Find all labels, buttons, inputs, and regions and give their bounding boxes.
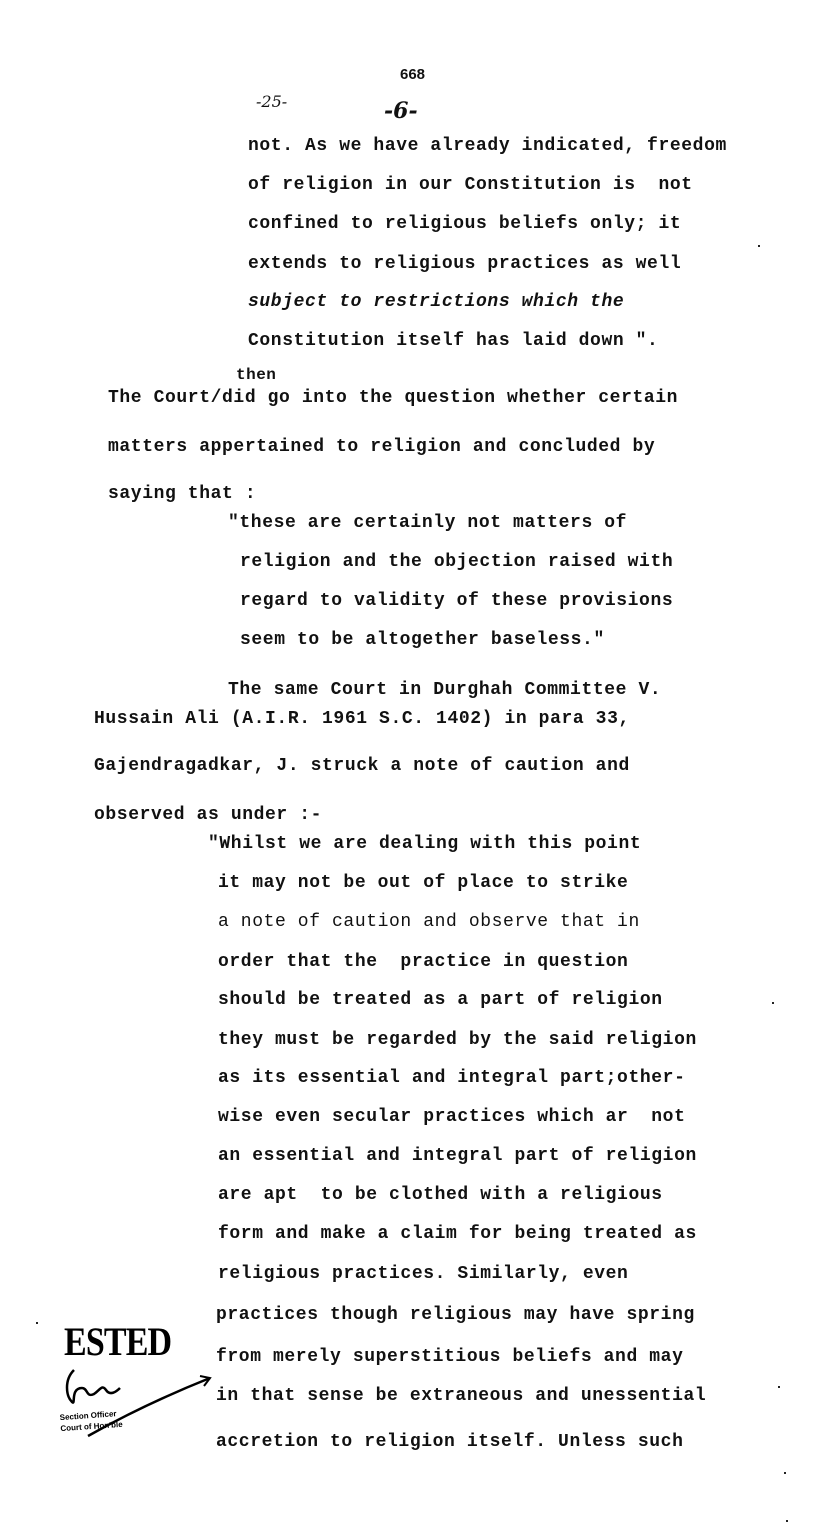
handwritten-page-number-center: -6- (384, 98, 418, 124)
paragraph-2-line: The same Court in Durghah Committee V. (228, 680, 661, 700)
quote-3-line: they must be regarded by the said religi… (218, 1030, 697, 1050)
scan-speck (772, 1002, 774, 1004)
stamp-caption: Section Officer Court of Hon'ble (59, 1408, 123, 1434)
paragraph-2-line: Gajendragadkar, J. struck a note of caut… (94, 756, 630, 776)
quote-1-line: of religion in our Constitution is not (248, 175, 693, 195)
scan-speck (36, 1322, 38, 1324)
handwritten-page-number-left: -25- (256, 92, 287, 111)
quote-3-line: should be treated as a part of religion (218, 990, 663, 1010)
document-page: 668 -25- -6- not. As we have already ind… (0, 0, 840, 1540)
page-number-stamp: 668 (400, 66, 425, 83)
quote-3-line: are apt to be clothed with a religious (218, 1185, 663, 1205)
paragraph-1-line: matters appertained to religion and conc… (108, 437, 655, 457)
quote-3-line: practices though religious may have spri… (216, 1305, 695, 1325)
paragraph-1-line: saying that : (108, 484, 256, 504)
quote-2-line: religion and the objection raised with (240, 552, 673, 572)
quote-3-line: in that sense be extraneous and unessent… (216, 1386, 706, 1406)
paragraph-2-line: observed as under :- (94, 805, 322, 825)
paragraph-2-line: Hussain Ali (A.I.R. 1961 S.C. 1402) in p… (94, 709, 630, 729)
quote-3-line: an essential and integral part of religi… (218, 1146, 697, 1166)
quote-2-line: seem to be altogether baseless." (240, 630, 605, 650)
quote-3-line: a note of caution and observe that in (218, 912, 640, 932)
scan-speck (786, 1520, 788, 1522)
signature-icon (60, 1318, 220, 1458)
quote-3-line: as its essential and integral part;other… (218, 1068, 685, 1088)
scan-speck (758, 245, 760, 247)
quote-2-line: "these are certainly not matters of (228, 513, 627, 533)
quote-3-line: form and make a claim for being treated … (218, 1224, 697, 1244)
quote-3-line: religious practices. Similarly, even (218, 1264, 628, 1284)
quote-1-line: extends to religious practices as well (248, 254, 681, 274)
quote-3-line: it may not be out of place to strike (218, 873, 628, 893)
scan-speck (778, 1386, 780, 1388)
quote-3-line: order that the practice in question (218, 952, 628, 972)
quote-1-line: not. As we have already indicated, freed… (248, 136, 727, 156)
attestation-stamp: ESTED Section Officer Court of Hon'ble (60, 1318, 210, 1448)
quote-2-line: regard to validity of these provisions (240, 591, 673, 611)
quote-3-line: accretion to religion itself. Unless suc… (216, 1432, 683, 1452)
scan-speck (784, 1472, 786, 1474)
quote-3-line: "Whilst we are dealing with this point (208, 834, 641, 854)
handwritten-insertion: then (236, 366, 276, 384)
paragraph-1-line: The Court/did go into the question wheth… (108, 388, 678, 408)
quote-3-line: from merely superstitious beliefs and ma… (216, 1347, 683, 1367)
quote-3-line: wise even secular practices which ar not (218, 1107, 685, 1127)
quote-1-line: confined to religious beliefs only; it (248, 214, 681, 234)
quote-1-line: subject to restrictions which the (248, 292, 624, 312)
quote-1-line: Constitution itself has laid down ". (248, 331, 658, 351)
